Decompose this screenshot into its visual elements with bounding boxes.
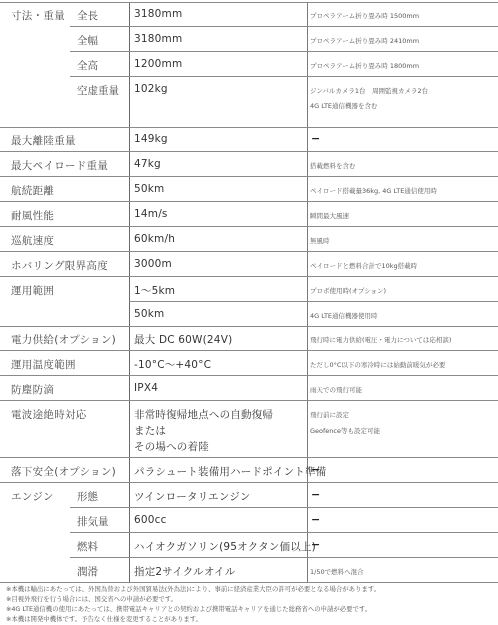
item-note: プロポ使用時(オプション) [310,286,386,295]
item-value: 3000m [134,258,172,270]
footnote: ※本機は開発中機体です。予告なく仕様を変更することがあります。 [6,615,202,625]
row-divider [0,326,498,327]
item-note: 4G LTE通信機器を含む [310,101,378,110]
item-value: 1200mm [134,58,182,70]
item-label: 電力供給(オプション) [11,332,116,347]
item-label: 防塵防滴 [11,382,54,397]
row-divider [70,507,498,508]
item-note-dash: − [311,513,320,526]
item-value: 47kg [134,158,161,170]
item-note: ジンバルカメラ1台 周囲監視カメラ2台 [310,86,428,95]
row-divider [0,375,498,376]
item-label: 燃料 [77,539,98,554]
item-label: 全高 [77,58,98,73]
item-note: 雨天での飛行可能 [310,385,362,394]
row-divider [0,482,498,483]
item-note: プロペラアーム折り畳み時 2410mm [310,36,419,45]
item-value: 60km/h [134,233,175,245]
item-label: 排気量 [77,514,109,529]
footnote: ※目視外飛行を行う場合には、国交省への申請が必要です。 [6,595,177,605]
row-divider [0,251,498,252]
item-note: 瞬間最大風速 [310,211,349,220]
item-value: 149kg [134,133,168,145]
column-divider-value [129,2,130,582]
item-label: 空虚重量 [77,83,119,98]
row-divider [129,301,498,302]
row-divider [0,400,498,401]
row-divider [70,76,498,77]
row-divider [70,557,498,558]
item-value: -10°C〜+40°C [134,357,211,372]
item-note-dash: − [311,488,320,501]
item-note: ペイロードと燃料合計で10kg搭載時 [310,261,417,270]
item-value: 600cc [134,514,167,526]
item-value: パラシュート装備用ハードポイント準備 [134,464,326,479]
item-note: Geofence等も設定可能 [310,426,380,435]
row-divider [70,51,498,52]
item-note: プロペラアーム折り畳み時 1500mm [310,11,419,20]
item-label: 全長 [77,8,98,23]
item-label: 落下安全(オプション) [11,464,116,479]
item-label: 航続距離 [11,183,54,198]
item-note-dash: − [311,538,320,551]
row-divider [0,457,498,458]
item-label: 潤滑 [77,564,98,579]
footnote: ※4G LTE通信機の使用にあたっては、携帯電話キャリアとの契約および携帯電話キ… [6,605,371,615]
item-label: 運用範囲 [11,283,54,298]
category-dimensions: 寸法・重量 [11,8,65,23]
item-value: 非常時復帰地点への自動復帰 [134,407,273,422]
item-value: 1〜5km [134,283,175,298]
item-note: 1/50で燃料へ混合 [310,567,364,576]
item-note-dash: − [311,132,320,145]
item-label: ホバリング限界高度 [11,258,108,273]
item-value: 14m/s [134,208,168,220]
item-note: ただし0°C以下の寒冷時には始動前暖気が必要 [310,360,445,369]
item-label: 巡航速度 [11,233,54,248]
item-note: ペイロード搭載量36kg, 4G LTE通信使用時 [310,186,437,195]
item-value: 3180mm [134,33,182,45]
row-divider [0,582,498,583]
item-value: 最大 DC 60W(24V) [134,332,232,347]
row-divider [70,532,498,533]
item-note: 飛行時に電力供給(電圧・電力については応相談) [310,335,451,344]
item-value: 102kg [134,83,168,95]
row-divider [70,26,498,27]
item-label: 運用温度範囲 [11,357,76,372]
item-label: 形態 [77,489,98,504]
item-note-dash: − [311,463,320,476]
item-label: 最大ペイロード重量 [11,158,108,173]
row-divider [0,201,498,202]
item-value: その場への着陸 [134,439,209,454]
item-value: 50km [134,308,164,320]
row-divider [0,226,498,227]
item-value: または [134,423,166,438]
item-value: ハイオクガソリン(95オクタン価以上) [134,539,316,554]
item-note: 無風時 [310,236,330,245]
item-note: 搭載燃料を含む [310,161,356,170]
item-label: 最大離陸重量 [11,133,76,148]
item-value: 3180mm [134,8,182,20]
row-divider [0,176,498,177]
item-label: 電波途絶時対応 [11,407,87,422]
item-value: IPX4 [134,382,158,394]
row-divider [0,127,498,128]
item-label: 耐風性能 [11,208,54,223]
item-label: 全幅 [77,33,98,48]
footnote: ※本機は輸出にあたっては、外国為替および外国貿易法(外為法)により、事前に経済産… [6,585,380,595]
row-divider [0,151,498,152]
item-value: 指定2サイクルオイル [134,564,235,579]
column-divider-note [307,2,308,582]
item-value: ツインロータリエンジン [134,489,250,504]
row-divider [0,2,498,3]
category-engine: エンジン [11,489,54,504]
item-note: 4G LTE通信機器使用時 [310,311,378,320]
item-note: プロペラアーム折り畳み時 1800mm [310,61,419,70]
row-divider [0,276,498,277]
row-divider [0,350,498,351]
item-note: 飛行前に設定 [310,410,349,419]
item-value: 50km [134,183,164,195]
